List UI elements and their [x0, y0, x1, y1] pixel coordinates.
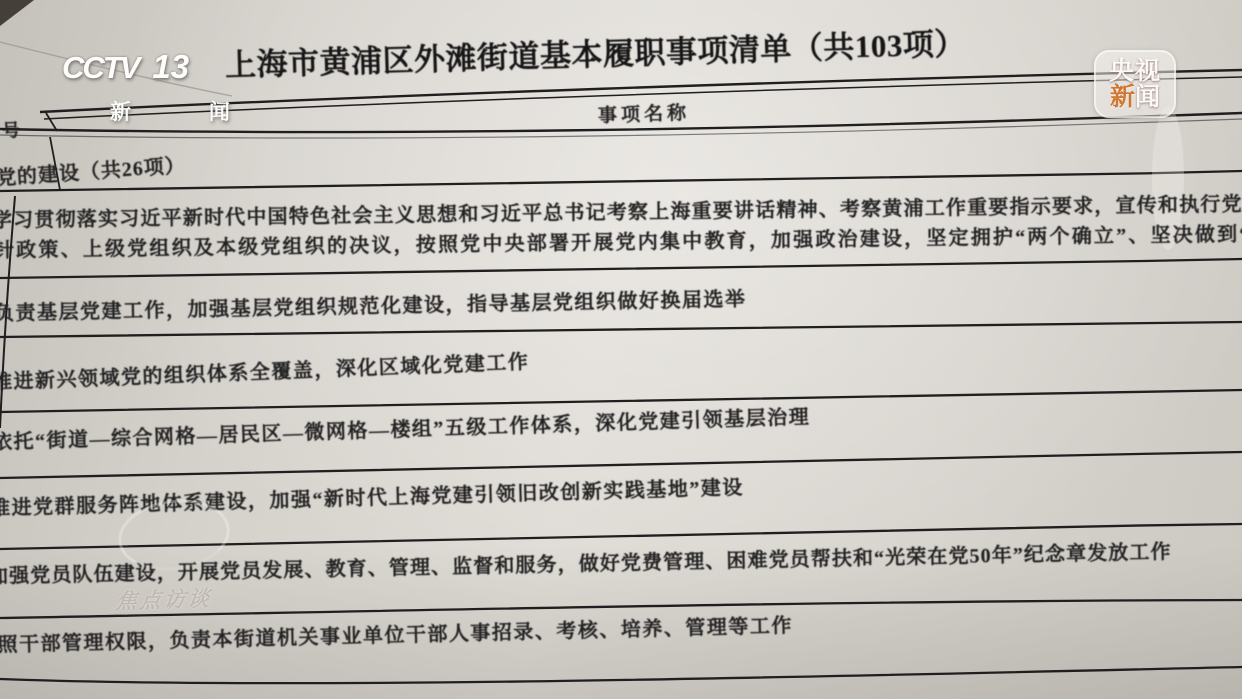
table-row-2: 负责基层党建工作，加强基层党组织规范化建设，指导基层党组织做好换届选举 [0, 283, 747, 326]
cctv-news-subtitle: 新 闻 [110, 96, 266, 126]
table-row-4: 依托“街道—综合网格—居民区—微网格—楼组”五级工作体系，深化党建引领基层治理 [0, 400, 811, 455]
table-row-3: 推进新兴领域党的组织体系全覆盖，深化区域化党建工作 [0, 345, 530, 395]
table-category-row: 党的建设（共26项） [0, 149, 187, 191]
tv-news-frame: 上海市黄浦区外滩街道基本履职事项清单（共103项） 号 事项名称 党的建设（共2… [0, 0, 1242, 699]
table-row-7: 按照干部管理权限，负责本街道机关事业单位干部人事招录、考核、培养、管理等工作 [0, 609, 793, 658]
cctv-news-badge: 央视 新闻 [1094, 50, 1176, 118]
cctv-channel-logo: CCTV 13 新 闻 [62, 48, 266, 126]
table-row-5: 推进党群服务阵地体系建设，加强“新时代上海党建引领旧改创新实践基地”建设 [0, 471, 744, 521]
badge-row2: 新闻 [1110, 84, 1160, 110]
badge-char-xin: 新 [1110, 83, 1135, 111]
table-header-serial: 号 [1, 116, 20, 143]
badge-row1: 央视 [1109, 58, 1161, 84]
channel-number: 13 [152, 48, 189, 86]
program-watermark: 焦点访谈 [114, 582, 214, 615]
cctv-wordmark: CCTV [62, 50, 138, 86]
table-header-item-name: 事项名称 [598, 98, 691, 128]
badge-char-wen: 闻 [1135, 83, 1160, 111]
document-title: 上海市黄浦区外滩街道基本履职事项清单（共103项） [224, 18, 966, 85]
